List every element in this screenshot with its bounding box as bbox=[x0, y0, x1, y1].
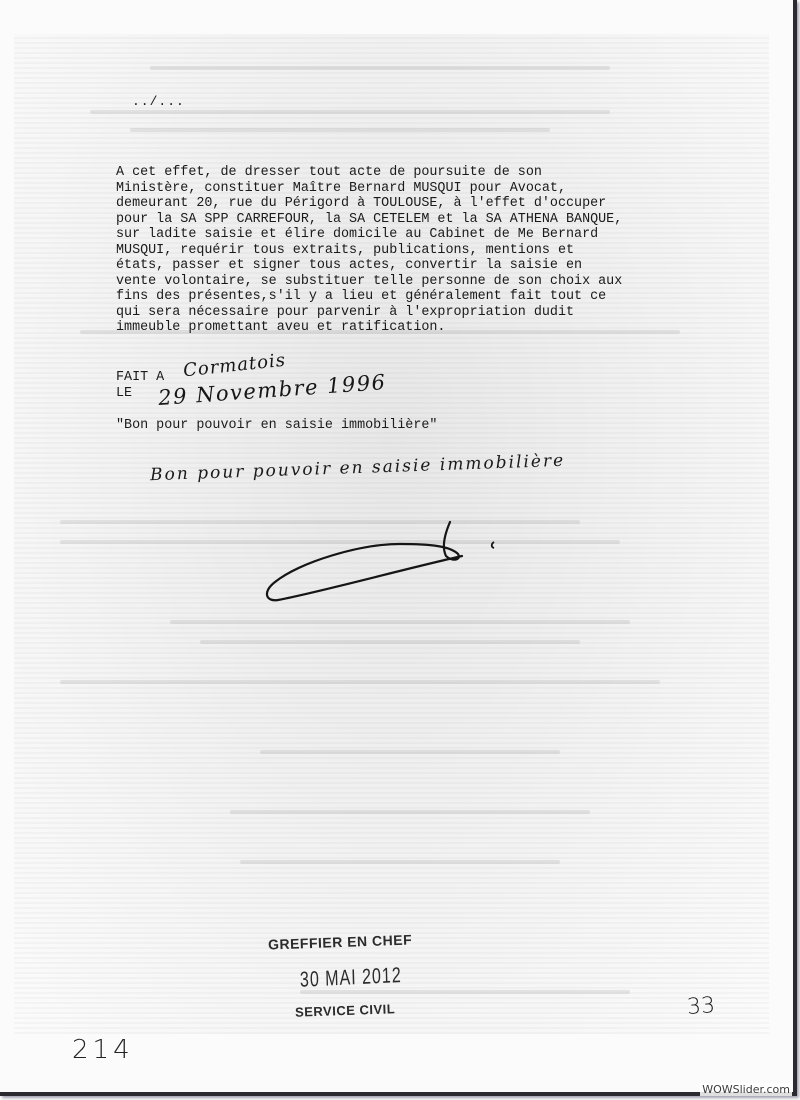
page-number-left: 214 bbox=[72, 1035, 134, 1065]
body-line: A cet effet, de dresser tout acte de pou… bbox=[116, 165, 706, 181]
ghost-text bbox=[60, 680, 660, 684]
bon-pour-typed: "Bon pour pouvoir en saisie immobilière" bbox=[116, 418, 437, 433]
ghost-text bbox=[150, 66, 610, 70]
page-number-right: 33 bbox=[686, 993, 716, 1020]
watermark-link[interactable]: WOWSlider.com bbox=[700, 1083, 792, 1096]
body-line: immeuble promettant aveu et ratification… bbox=[116, 320, 706, 336]
body-line: sur ladite saisie et élire domicile au C… bbox=[116, 227, 706, 243]
body-line: MUSQUI, requérir tous extraits, publicat… bbox=[116, 243, 706, 259]
body-paragraph: A cet effet, de dresser tout acte de pou… bbox=[116, 165, 706, 336]
ghost-text bbox=[170, 620, 630, 624]
ghost-text bbox=[90, 110, 610, 114]
scanned-document-page: ../... A cet effet, de dresser tout acte… bbox=[0, 0, 797, 1096]
body-line: Ministère, constituer Maître Bernard MUS… bbox=[116, 181, 706, 197]
ghost-text bbox=[240, 860, 560, 864]
ghost-text bbox=[130, 128, 550, 132]
body-line: fins des présentes,s'il y a lieu et géné… bbox=[116, 289, 706, 305]
body-line: états, passer et signer tous actes, conv… bbox=[116, 258, 706, 274]
stamp-date: 30 MAI 2012 bbox=[300, 964, 402, 993]
signature-icon bbox=[240, 500, 540, 620]
body-line: qui sera nécessaire pour parvenir à l'ex… bbox=[116, 305, 706, 321]
ghost-text bbox=[230, 810, 590, 814]
body-line: demeurant 20, rue du Périgord à TOULOUSE… bbox=[116, 196, 706, 212]
fait-a-label: FAIT A bbox=[116, 370, 164, 386]
ghost-text bbox=[200, 640, 580, 644]
body-line: pour la SA SPP CARREFOUR, la SA CETELEM … bbox=[116, 212, 706, 228]
ghost-text bbox=[260, 750, 560, 754]
continuation-mark: ../... bbox=[132, 94, 185, 109]
body-line: vente volontaire, se substituer telle pe… bbox=[116, 274, 706, 290]
